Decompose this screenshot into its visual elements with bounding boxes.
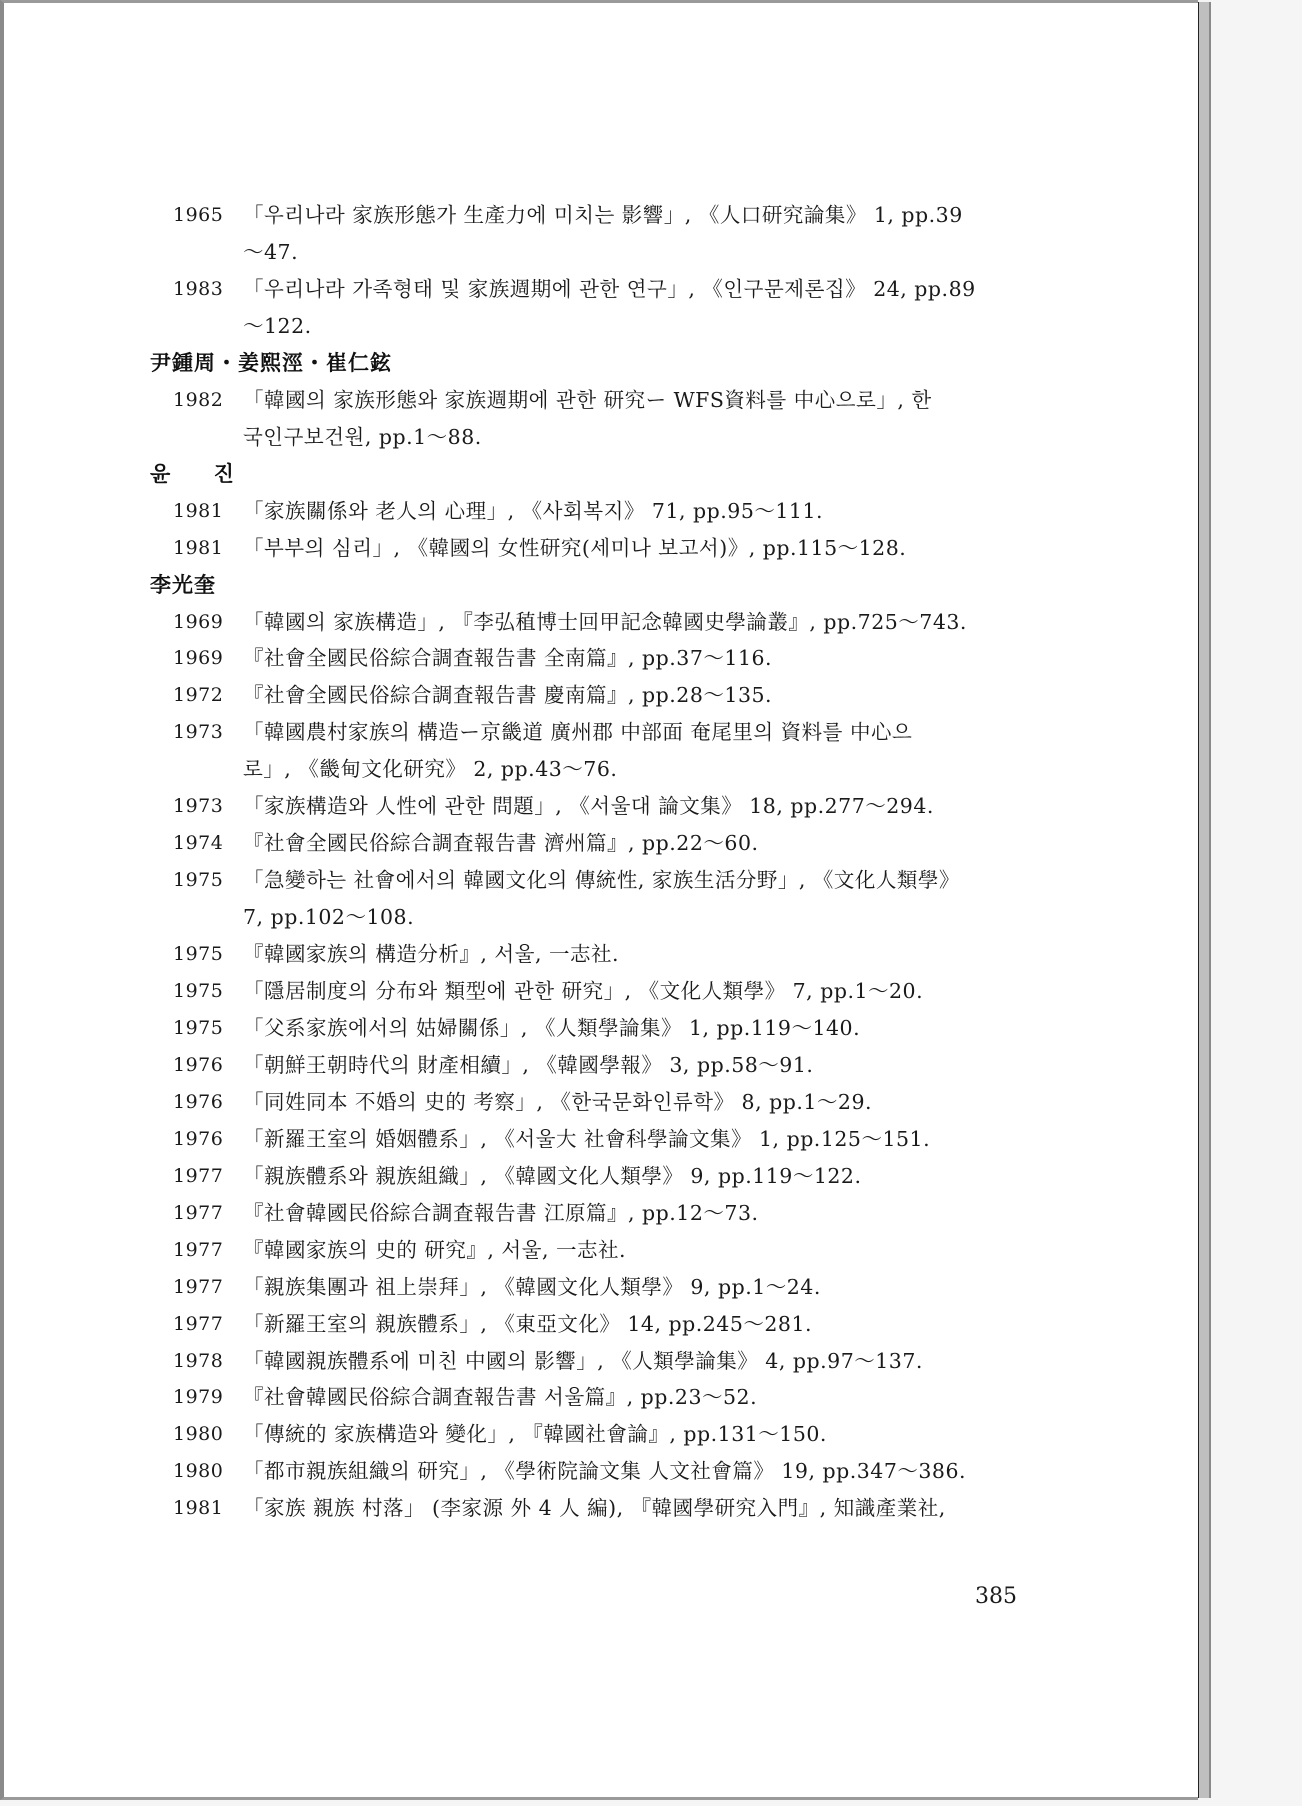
- bibliography-entry: 1982「韓國의 家族形態와 家族週期에 관한 研究ー WFS資料를 中心으로」…: [0, 385, 1150, 415]
- entry-text: 「우리나라 가족형태 및 家族週期에 관한 연구」, 《인구문제론집》 24, …: [243, 274, 976, 304]
- entry-year: 1975: [173, 865, 223, 895]
- entry-text: 「隱居制度의 分布와 類型에 관한 研究」, 《文化人類學》 7, pp.1～2…: [243, 976, 923, 1006]
- entry-continuation: 국인구보건원, pp.1～88.: [0, 422, 1150, 452]
- entry-text: 『韓國家族의 構造分析』, 서울, 一志社.: [243, 939, 619, 969]
- bibliography-entry: 1981「家族 親族 村落」 (李家源 外 4 人 編), 『韓國學研究入門』,…: [0, 1493, 1150, 1523]
- entry-text: ～122.: [243, 311, 312, 341]
- page-number: 385: [975, 1584, 1017, 1609]
- entry-year: 1981: [173, 1493, 223, 1523]
- bibliography-entry: 1978「韓國親族體系에 미친 中國의 影響」, 《人類學論集》 4, pp.9…: [0, 1346, 1150, 1376]
- bibliography-entry: 1977「親族體系와 親族組織」, 《韓國文化人類學》 9, pp.119～12…: [0, 1161, 1150, 1191]
- bibliography-entry: 1973「韓國農村家族의 構造ー京畿道 廣州郡 中部面 奄尾里의 資料를 中心으: [0, 717, 1150, 747]
- bibliography-entry: 1976「朝鮮王朝時代의 財產相續」, 《韓國學報》 3, pp.58～91.: [0, 1050, 1150, 1080]
- bibliography-entry: 1975「急變하는 社會에서의 韓國文化의 傳統性, 家族生活分野」, 《文化人…: [0, 865, 1150, 895]
- author-heading: 李光奎: [0, 570, 1150, 600]
- bibliography-entry: 1973「家族構造와 人性에 관한 問題」, 《서울대 論文集》 18, pp.…: [0, 791, 1150, 821]
- entry-text: 「家族構造와 人性에 관한 問題」, 《서울대 論文集》 18, pp.277～…: [243, 791, 934, 821]
- entry-text: 『韓國家族의 史的 研究』, 서울, 一志社.: [243, 1235, 626, 1265]
- entry-text: 『社會韓國民俗綜合調査報告書 江原篇』, pp.12～73.: [243, 1198, 759, 1228]
- entry-year: 1975: [173, 1013, 223, 1043]
- bibliography-entry: 1979『社會韓國民俗綜合調査報告書 서울篇』, pp.23～52.: [0, 1382, 1150, 1412]
- bibliography-entry: 1980「都市親族組織의 研究」, 《學術院論文集 人文社會篇》 19, pp.…: [0, 1456, 1150, 1486]
- entry-text: 국인구보건원, pp.1～88.: [243, 422, 482, 452]
- entry-year: 1976: [173, 1087, 223, 1117]
- bibliography-entry: 1976「新羅王室의 婚姻體系」, 《서울大 社會科學論文集》 1, pp.12…: [0, 1124, 1150, 1154]
- entry-year: 1973: [173, 791, 223, 821]
- bibliography-entry: 1972『社會全國民俗綜合調査報告書 慶南篇』, pp.28～135.: [0, 680, 1150, 710]
- bibliography-entry: 1977「新羅王室의 親族體系」, 《東亞文化》 14, pp.245～281.: [0, 1309, 1150, 1339]
- entry-text: 로」, 《畿甸文化研究》 2, pp.43～76.: [243, 754, 617, 784]
- entry-text: 『社會全國民俗綜合調査報告書 濟州篇』, pp.22～60.: [243, 828, 759, 858]
- bibliography-entry: 1975「父系家族에서의 姑婦關係」, 《人類學論集》 1, pp.119～14…: [0, 1013, 1150, 1043]
- entry-year: 1979: [173, 1382, 223, 1412]
- entry-text: 「家族 親族 村落」 (李家源 外 4 人 編), 『韓國學研究入門』, 知識產…: [243, 1493, 946, 1523]
- entry-text: 「同姓同本 不婚의 史的 考察」, 《한국문화인류학》 8, pp.1～29.: [243, 1087, 872, 1117]
- entry-text: 『社會全國民俗綜合調査報告書 全南篇』, pp.37～116.: [243, 643, 772, 673]
- entry-continuation: ～122.: [0, 311, 1150, 341]
- entry-year: 1974: [173, 828, 223, 858]
- entry-year: 1983: [173, 274, 223, 304]
- entry-text: 「新羅王室의 婚姻體系」, 《서울大 社會科學論文集》 1, pp.125～15…: [243, 1124, 930, 1154]
- entry-text: 「急變하는 社會에서의 韓國文化의 傳統性, 家族生活分野」, 《文化人類學》: [243, 865, 960, 895]
- page-edge: [1198, 2, 1211, 1798]
- bibliography-entry: 1980「傳統的 家族構造와 變化」, 『韓國社會論』, pp.131～150.: [0, 1419, 1150, 1449]
- bibliography-entry: 1969「韓國의 家族構造」, 『李弘稙博士回甲記念韓國史學論叢』, pp.72…: [0, 607, 1150, 637]
- entry-text: 「都市親族組織의 研究」, 《學術院論文集 人文社會篇》 19, pp.347～…: [243, 1456, 966, 1486]
- bibliography-entry: 1975「隱居制度의 分布와 類型에 관한 研究」, 《文化人類學》 7, pp…: [0, 976, 1150, 1006]
- entry-year: 1976: [173, 1050, 223, 1080]
- bibliography-entry: 1977「親族集團과 祖上崇拜」, 《韓國文化人類學》 9, pp.1～24.: [0, 1272, 1150, 1302]
- entry-year: 1973: [173, 717, 223, 747]
- entry-text: 「傳統的 家族構造와 變化」, 『韓國社會論』, pp.131～150.: [243, 1419, 827, 1449]
- entry-text: 「韓國의 家族形態와 家族週期에 관한 研究ー WFS資料를 中心으로」, 한: [243, 385, 932, 415]
- entry-year: 1977: [173, 1272, 223, 1302]
- entry-continuation: ～47.: [0, 237, 1150, 267]
- entry-text: 「親族集團과 祖上崇拜」, 《韓國文化人類學》 9, pp.1～24.: [243, 1272, 821, 1302]
- bibliography-entry: 1965「우리나라 家族形態가 生產力에 미치는 影響」, 《人口研究論集》 1…: [0, 200, 1150, 230]
- author-name: 李光奎: [150, 570, 216, 600]
- entry-year: 1981: [173, 496, 223, 526]
- author-heading: 尹鍾周・姜熙涇・崔仁鉉: [0, 348, 1150, 378]
- bibliography-entry: 1976「同姓同本 不婚의 史的 考察」, 《한국문화인류학》 8, pp.1～…: [0, 1087, 1150, 1117]
- entry-text: 「韓國의 家族構造」, 『李弘稙博士回甲記念韓國史學論叢』, pp.725～74…: [243, 607, 967, 637]
- author-heading: 윤 진: [0, 459, 1150, 489]
- entry-year: 1980: [173, 1456, 223, 1486]
- entry-text: 「新羅王室의 親族體系」, 《東亞文化》 14, pp.245～281.: [243, 1309, 812, 1339]
- entry-continuation: 7, pp.102～108.: [0, 902, 1150, 932]
- entry-year: 1981: [173, 533, 223, 563]
- entry-text: 「父系家族에서의 姑婦關係」, 《人類學論集》 1, pp.119～140.: [243, 1013, 860, 1043]
- entry-year: 1980: [173, 1419, 223, 1449]
- entry-year: 1965: [173, 200, 223, 230]
- entry-text: 「家族關係와 老人의 心理」, 《사회복지》 71, pp.95～111.: [243, 496, 823, 526]
- entry-year: 1977: [173, 1198, 223, 1228]
- entry-text: 『社會全國民俗綜合調査報告書 慶南篇』, pp.28～135.: [243, 680, 772, 710]
- author-name: 尹鍾周・姜熙涇・崔仁鉉: [150, 348, 392, 378]
- entry-year: 1969: [173, 607, 223, 637]
- entry-text: 「부부의 심리」, 《韓國의 女性研究(세미나 보고서)》, pp.115～12…: [243, 533, 906, 563]
- entry-year: 1976: [173, 1124, 223, 1154]
- entry-year: 1975: [173, 976, 223, 1006]
- entry-text: 7, pp.102～108.: [243, 902, 414, 932]
- bibliography-entry: 1981「부부의 심리」, 《韓國의 女性研究(세미나 보고서)》, pp.11…: [0, 533, 1150, 563]
- entry-year: 1977: [173, 1161, 223, 1191]
- bibliography-entry: 1974『社會全國民俗綜合調査報告書 濟州篇』, pp.22～60.: [0, 828, 1150, 858]
- entry-text: 『社會韓國民俗綜合調査報告書 서울篇』, pp.23～52.: [243, 1382, 757, 1412]
- bibliography-entry: 1983「우리나라 가족형태 및 家族週期에 관한 연구」, 《인구문제론집》 …: [0, 274, 1150, 304]
- bibliography-entry: 1981「家族關係와 老人의 心理」, 《사회복지》 71, pp.95～111…: [0, 496, 1150, 526]
- entry-year: 1972: [173, 680, 223, 710]
- bibliography-entry: 1977『韓國家族의 史的 研究』, 서울, 一志社.: [0, 1235, 1150, 1265]
- entry-text: 「朝鮮王朝時代의 財產相續」, 《韓國學報》 3, pp.58～91.: [243, 1050, 813, 1080]
- entry-year: 1969: [173, 643, 223, 673]
- bibliography-entry: 1977『社會韓國民俗綜合調査報告書 江原篇』, pp.12～73.: [0, 1198, 1150, 1228]
- entry-text: 「親族體系와 親族組織」, 《韓國文化人類學》 9, pp.119～122.: [243, 1161, 861, 1191]
- entry-text: ～47.: [243, 237, 298, 267]
- bibliography-entry: 1969『社會全國民俗綜合調査報告書 全南篇』, pp.37～116.: [0, 643, 1150, 673]
- entry-year: 1978: [173, 1346, 223, 1376]
- author-name: 윤 진: [150, 459, 252, 489]
- entry-year: 1977: [173, 1309, 223, 1339]
- entry-year: 1975: [173, 939, 223, 969]
- bibliography-entry: 1975『韓國家族의 構造分析』, 서울, 一志社.: [0, 939, 1150, 969]
- entry-continuation: 로」, 《畿甸文化研究》 2, pp.43～76.: [0, 754, 1150, 784]
- entry-year: 1977: [173, 1235, 223, 1265]
- entry-text: 「韓國農村家族의 構造ー京畿道 廣州郡 中部面 奄尾里의 資料를 中心으: [243, 717, 912, 747]
- entry-text: 「우리나라 家族形態가 生產力에 미치는 影響」, 《人口研究論集》 1, pp…: [243, 200, 963, 230]
- entry-text: 「韓國親族體系에 미친 中國의 影響」, 《人類學論集》 4, pp.97～13…: [243, 1346, 923, 1376]
- entry-year: 1982: [173, 385, 223, 415]
- bibliography-content: 1965「우리나라 家族形態가 生產力에 미치는 影響」, 《人口研究論集》 1…: [0, 0, 1198, 1800]
